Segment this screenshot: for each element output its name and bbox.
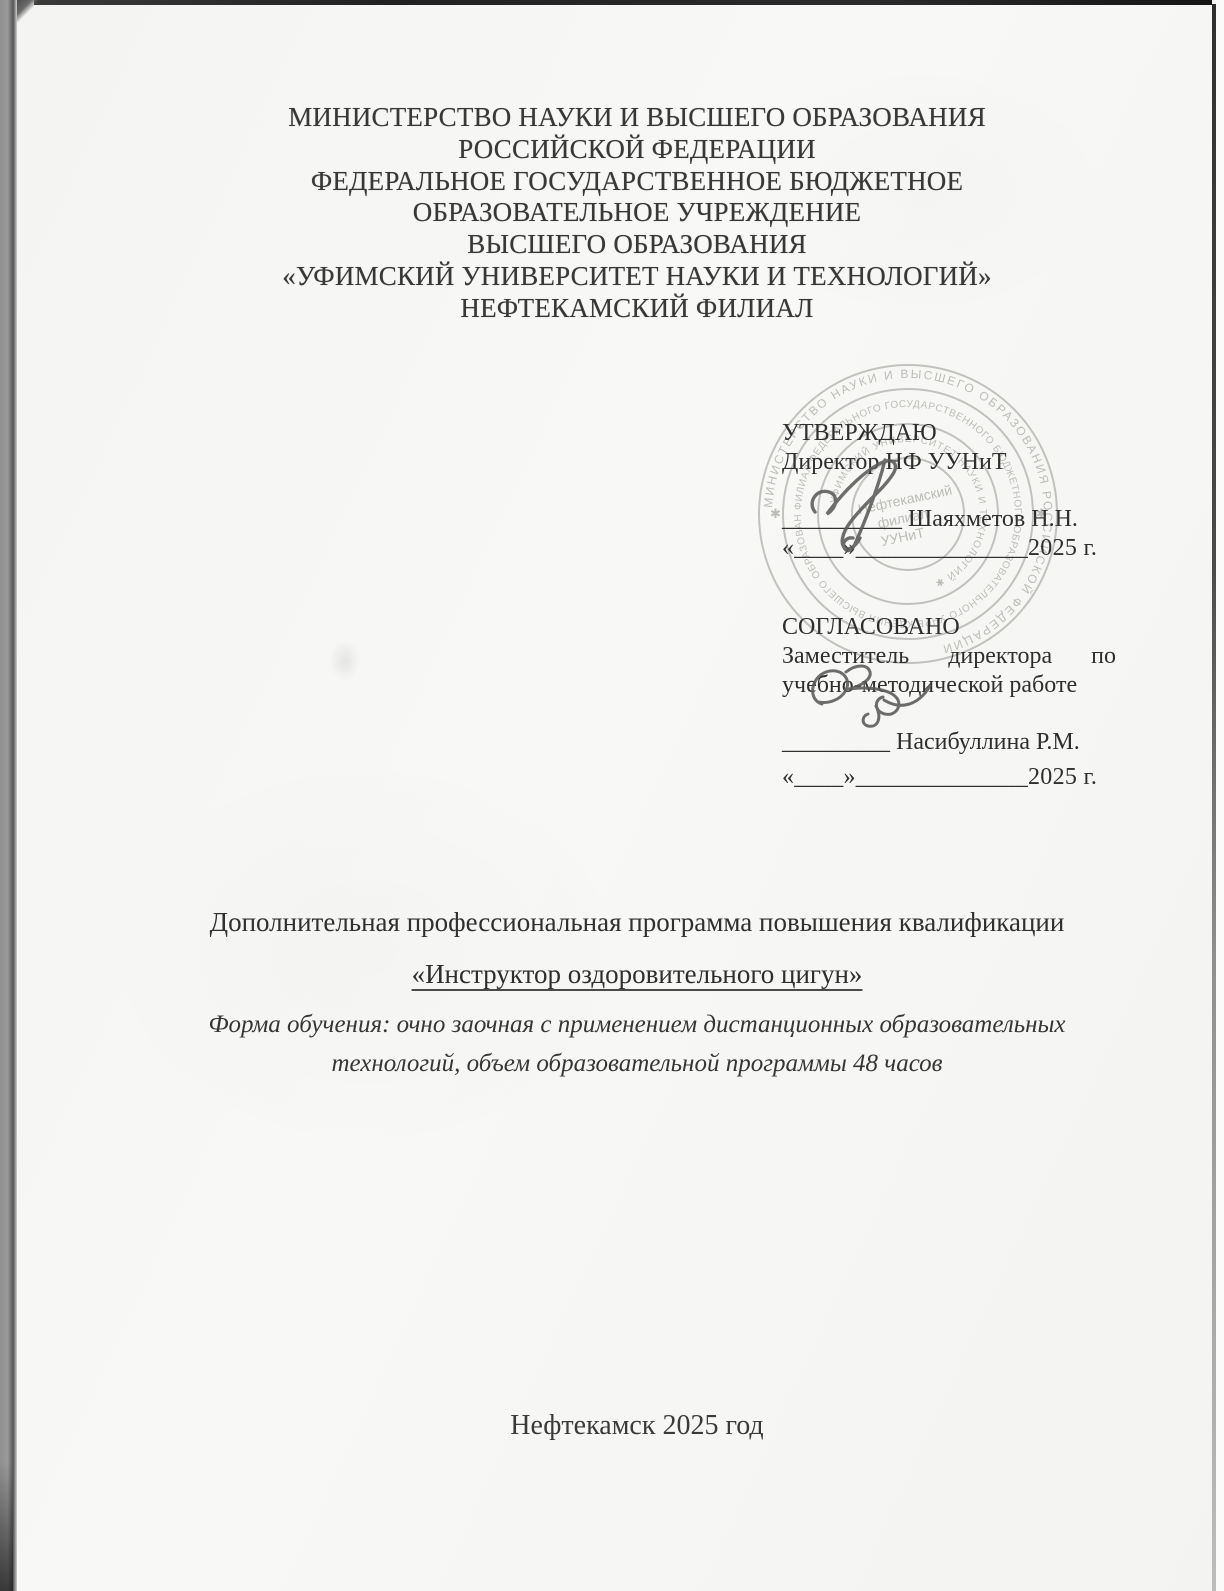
scan-edge-left [0,0,17,1591]
header-line: МИНИСТЕРСТВО НАУКИ И ВЫСШЕГО ОБРАЗОВАНИЯ [137,102,1137,134]
header-line: «УФИМСКИЙ УНИВЕРСИТЕТ НАУКИ И ТЕХНОЛОГИЙ… [137,261,1137,293]
header-line: ФЕДЕРАЛЬНОЕ ГОСУДАРСТВЕННОЕ БЮДЖЕТНОЕ [137,166,1137,198]
approve-label: УТВЕРЖДАЮ [782,419,1116,448]
program-title-line2: «Инструктор оздоровительного цигун» [112,958,1162,990]
program-subtitle-line2: технологий, объем образовательной програ… [112,1050,1162,1078]
agree-label: СОГЛАСОВАНО [782,613,1116,642]
program-title-line1: Дополнительная профессиональная программ… [112,906,1162,938]
scan-edge-corner [17,0,43,26]
header-line: ВЫСШЕГО ОБРАЗОВАНИЯ [137,229,1137,261]
scan-smudge [328,638,362,684]
director-signature [793,446,973,556]
program-subtitle-line1: Форма обучения: очно заочная с применени… [112,1011,1162,1039]
header-line: НЕФТЕКАМСКИЙ ФИЛИАЛ [137,293,1137,325]
agree-signature-line: _________ Насибуллина Р.М. [782,728,1116,757]
header-line: РОССИЙСКОЙ ФЕДЕРАЦИИ [137,134,1137,166]
footer-city-year: Нефтекамск 2025 год [137,1410,1137,1442]
program-title-block: Дополнительная профессиональная программ… [112,906,1162,1078]
scan-edge-right-outer [1216,0,1224,1591]
svg-text:✱: ✱ [770,506,781,521]
deputy-signature [788,660,978,732]
signature-blank: _________ [782,729,890,755]
agree-signer-name: Насибуллина Р.М. [890,729,1080,755]
block-spacer [782,563,1116,613]
header-line: ОБРАЗОВАТЕЛЬНОЕ УЧРЕЖДЕНИЕ [137,197,1137,229]
ministry-header: МИНИСТЕРСТВО НАУКИ И ВЫСШЕГО ОБРАЗОВАНИЯ… [137,102,1137,325]
scanned-document-page: МИНИСТЕРСТВО НАУКИ И ВЫСШЕГО ОБРАЗОВАНИЯ… [0,0,1224,1591]
agree-date-line: «____»______________2025 г. [782,763,1116,792]
scan-edge-top [34,0,1212,5]
scan-edge-right [1212,4,1216,1591]
